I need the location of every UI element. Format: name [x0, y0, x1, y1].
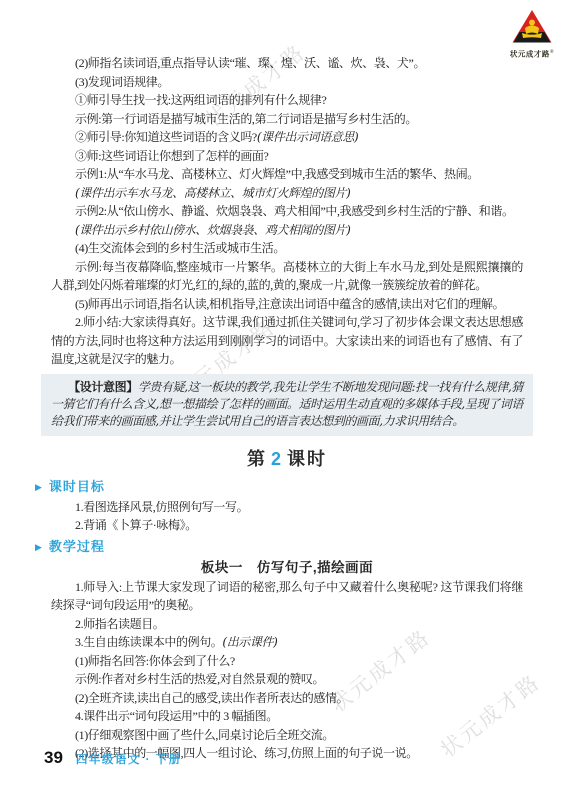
paragraph: 示例:第一行词语是描写城市生活的,第二行词语是描写乡村生活的。	[51, 110, 523, 129]
page-footer: 39 四年级语文 · 下册	[44, 748, 182, 768]
paragraph: 2.背诵《卜算子·咏梅》。	[51, 516, 523, 535]
page-number: 39	[44, 748, 63, 768]
design-intent-label: 【设计意图】	[51, 380, 138, 394]
logo-triangle-icon	[510, 7, 554, 45]
page-content: (2)师指名读词语,重点指导认读“璀、璨、煌、沃、谧、炊、袅、犬”。(3)发现词…	[51, 54, 523, 763]
paragraph: ②师引导:你知道这些词语的含义吗?(课件出示词语意思)	[51, 128, 523, 147]
paragraph: 示例:每当夜幕降临,整座城市一片繁华。高楼林立的大街上车水马龙,到处是熙熙攘攘的…	[51, 258, 523, 295]
paragraph: 4.课件出示“词句段运用”中的 3 幅插图。	[51, 707, 523, 726]
paragraph: (2)师指名读词语,重点指导认读“璀、璨、煌、沃、谧、炊、袅、犬”。	[51, 54, 523, 73]
paragraph: 1.师导入:上节课大家发现了词语的秘密,那么句子中又藏着什么奥秘呢? 这节课我们…	[51, 578, 523, 615]
section-process-title: 教学过程	[49, 539, 105, 554]
lesson-heading-suffix: 课时	[287, 449, 327, 469]
paragraph: (1)师指名回答:你体会到了什么?	[51, 652, 523, 671]
section-goals-title: 课时目标	[49, 479, 105, 494]
courseware-note: (出示课件)	[222, 635, 277, 649]
paragraph: 示例2:从“依山傍水、静谧、炊烟袅袅、鸡犬相闻”中,我感受到乡村生活的宁静、和谐…	[51, 202, 523, 221]
paragraph: 示例1:从“车水马龙、高楼林立、灯火辉煌”中,我感受到城市生活的繁华、热闹。	[51, 165, 523, 184]
process-body: 1.师导入:上节课大家发现了词语的秘密,那么句子中又藏着什么奥秘呢? 这节课我们…	[51, 578, 523, 763]
paragraph: ③师:这些词语让你想到了怎样的画面?	[51, 147, 523, 166]
paragraph: 3.生自由练读课本中的例句。(出示课件)	[51, 633, 523, 652]
paragraph: (2)全班齐读,读出自己的感受,读出作者所表达的感情。	[51, 689, 523, 708]
lesson1-body: (2)师指名读词语,重点指导认读“璀、璨、煌、沃、谧、炊、袅、犬”。(3)发现词…	[51, 54, 523, 369]
design-intent-block: 【设计意图】学贵有疑,这一板块的教学,我先让学生不断地发现问题:找一找有什么规律…	[41, 374, 533, 436]
paragraph: (课件出示乡村依山傍水、炊烟袅袅、鸡犬相闻的图片)	[51, 221, 523, 240]
lesson-2-heading: 第2课时	[51, 445, 523, 471]
triangle-marker-icon: ▶	[35, 542, 43, 552]
block-one-heading: 板块一 仿写句子,描绘画面	[51, 559, 523, 576]
paragraph: (5)师再出示词语,指名认读,相机指导,注意读出词语中蕴含的感情,读出对它们的理…	[51, 295, 523, 314]
textbook-page: 状元成才路 状元成才路 状元成才路 状元成才路 状元成才路® (2)师指名读词语…	[0, 0, 574, 802]
courseware-note: (课件出示词语意思)	[257, 130, 358, 144]
triangle-marker-icon: ▶	[35, 482, 43, 492]
brand-logo: 状元成才路®	[504, 7, 560, 58]
lesson-heading-prefix: 第	[247, 449, 267, 469]
paragraph: 1.看图选择风景,仿照例句写一写。	[51, 498, 523, 517]
paragraph: ①师引导生找一找:这两组词语的排列有什么规律?	[51, 91, 523, 110]
paragraph: (课件出示车水马龙、高楼林立、城市灯火辉煌的图片)	[51, 184, 523, 203]
section-process-header: ▶教学过程	[35, 538, 523, 556]
section-goals-header: ▶课时目标	[35, 478, 523, 496]
book-title: 四年级语文 · 下册	[76, 751, 182, 767]
paragraph: (3)发现词语规律。	[51, 73, 523, 92]
registered-mark: ®	[550, 50, 554, 55]
paragraph: 2.师指名读题目。	[51, 615, 523, 634]
paragraph: 示例:作者对乡村生活的热爱,对自然景观的赞叹。	[51, 670, 523, 689]
paragraph: (4)生交流体会到的乡村生活或城市生活。	[51, 239, 523, 258]
lesson-heading-number: 2	[271, 449, 283, 469]
paragraph: (1)仔细观察图中画了些什么,同桌讨论后全班交流。	[51, 726, 523, 745]
goal-items: 1.看图选择风景,仿照例句写一写。2.背诵《卜算子·咏梅》。	[51, 498, 523, 535]
paragraph: 2.师小结:大家读得真好。这节课,我们通过抓住关键词句,学习了初步体会课文表达思…	[51, 313, 523, 369]
